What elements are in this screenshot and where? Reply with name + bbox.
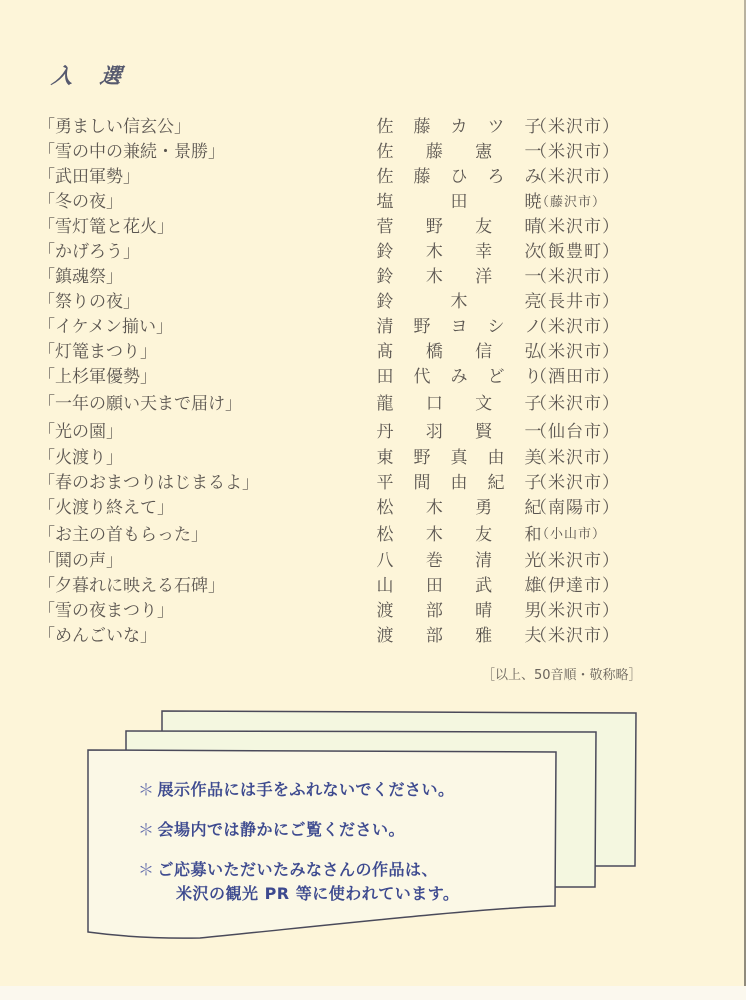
notice-quiet: ＊会場内では静かにご覧ください。 — [138, 817, 405, 840]
page-bottom-margin — [0, 986, 746, 1000]
notice-usage-continued: 米沢の観光 PR 等に使われています。 — [176, 881, 459, 904]
asterisk-icon: ＊ — [138, 820, 155, 839]
asterisk-icon: ＊ — [138, 860, 155, 879]
notice-no-touch: ＊展示作品には手をふれないでください。 — [138, 777, 455, 800]
notice-usage: ＊ご応募いただいたみなさんの作品は、 — [138, 857, 438, 880]
asterisk-icon: ＊ — [138, 780, 155, 799]
notice-card-stack — [0, 0, 746, 1000]
